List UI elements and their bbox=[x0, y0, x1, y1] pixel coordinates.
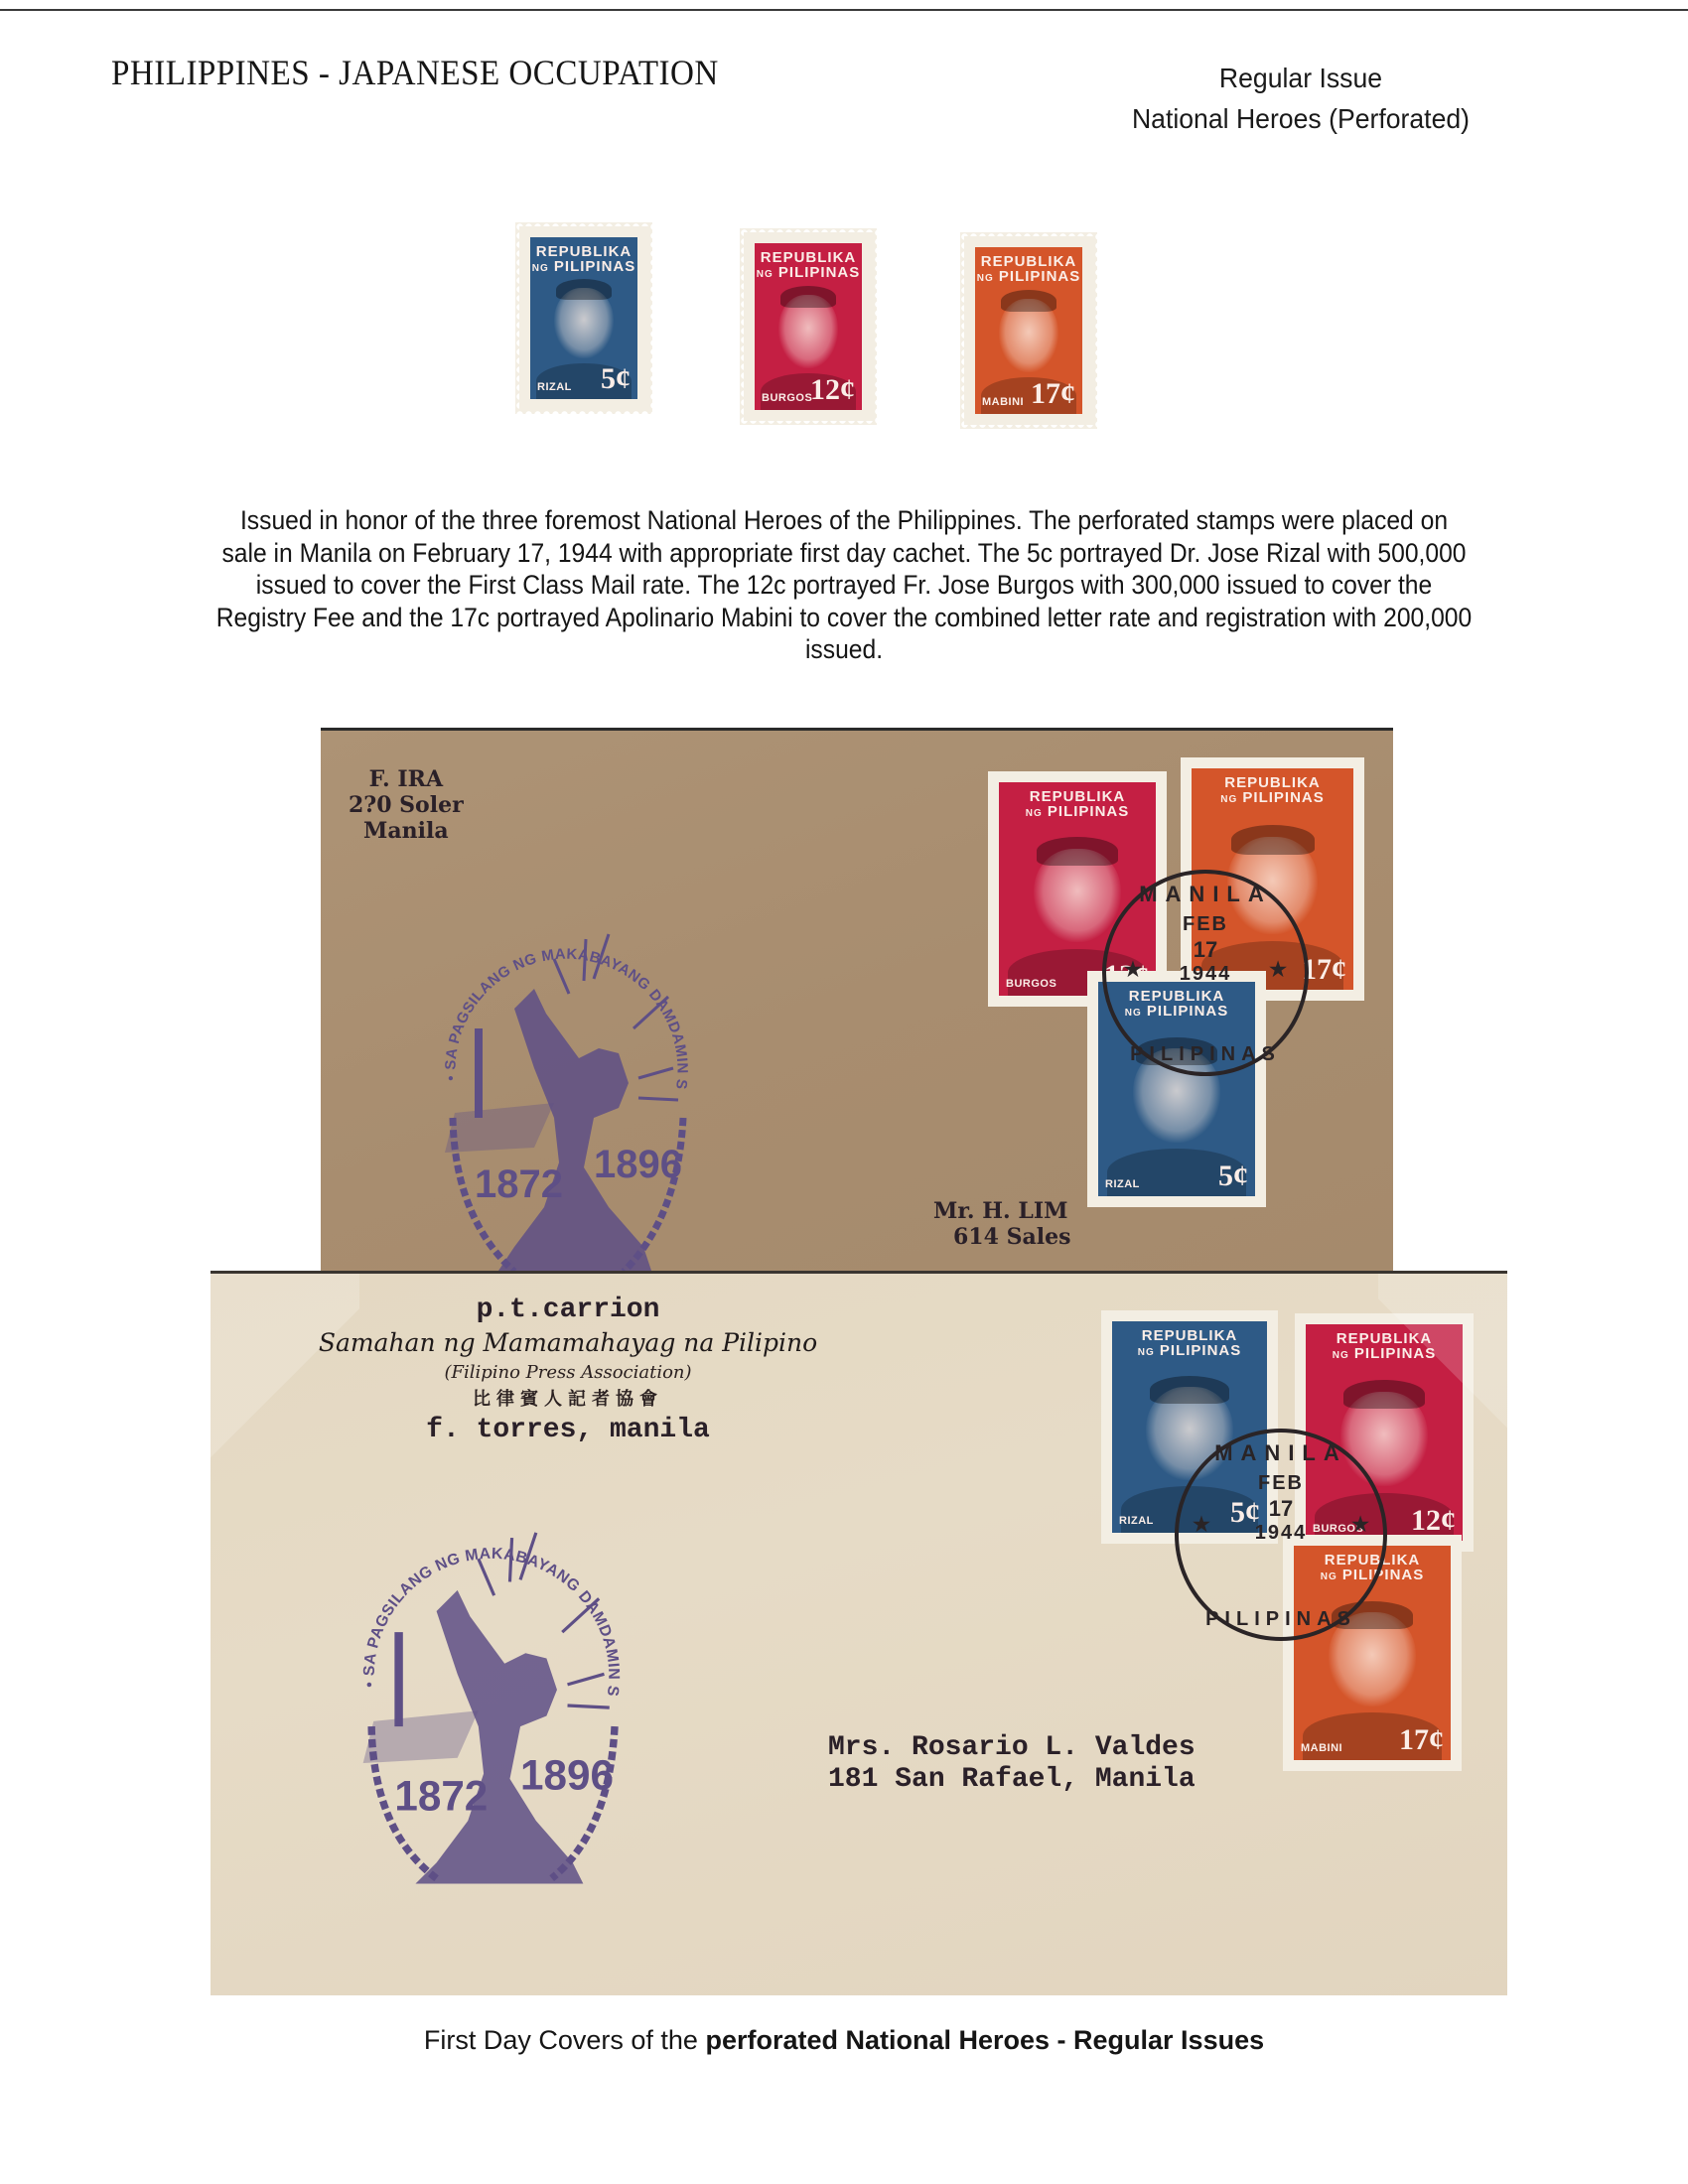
svg-text:1872: 1872 bbox=[475, 1162, 563, 1206]
stamp-hero-name: RIZAL bbox=[1105, 1178, 1140, 1190]
stamp-hero-name: RIZAL bbox=[537, 381, 572, 393]
stamp-country: PILIPINAS bbox=[1160, 1342, 1241, 1359]
recipient-name: Mrs. Rosario L. Valdes bbox=[828, 1732, 1196, 1764]
stamp-denomination: 12¢ bbox=[810, 373, 855, 407]
stamp-ng: NG bbox=[1220, 794, 1237, 805]
postmark-country: PILIPINAS bbox=[1106, 1043, 1305, 1066]
sender-organization-chinese: 比律賓人記者協會 bbox=[211, 1387, 925, 1411]
stamp-denomination: 5¢ bbox=[601, 362, 631, 396]
description-text: Issued in honor of the three foremost Na… bbox=[216, 504, 1473, 666]
stamp-ng: NG bbox=[757, 269, 774, 280]
svg-text:1896: 1896 bbox=[520, 1751, 614, 1798]
stamp-header: REPUBLIKA bbox=[1336, 1330, 1433, 1347]
stamp-country: PILIPINAS bbox=[554, 258, 635, 275]
sender-street: 2?0 Soler bbox=[349, 792, 464, 818]
subtitle-issue: Regular Issue bbox=[1065, 58, 1537, 98]
stamp-country: PILIPINAS bbox=[999, 268, 1080, 285]
portrait-image bbox=[778, 295, 839, 368]
stamp-country: PILIPINAS bbox=[778, 264, 860, 281]
stamp-hero-name: RIZAL bbox=[1119, 1515, 1154, 1527]
postmark-city: MANILA bbox=[1106, 882, 1305, 907]
cachet-stamp: • SA PAGSILANG NG MAKABAYANG DAMDAMIN SA… bbox=[352, 1517, 631, 1894]
star-icon: ★ bbox=[1351, 1512, 1369, 1537]
stamp-denomination: 17¢ bbox=[1031, 377, 1075, 411]
stamp-ng: NG bbox=[532, 263, 549, 274]
first-day-cover-2: p.t.carrion Samahan ng Mamamahayag na Pi… bbox=[211, 1271, 1507, 1995]
stamp-mabini-17c: REPUBLIKANG PILIPINAS MABINI 17¢ bbox=[964, 236, 1093, 425]
cachet-artwork: • SA PAGSILANG NG MAKABAYANG DAMDAMIN SA… bbox=[435, 919, 698, 1277]
page-subtitle: Regular Issue National Heroes (Perforate… bbox=[1065, 58, 1537, 139]
sender-organization: Samahan ng Mamamahayag na Pilipino bbox=[211, 1327, 925, 1359]
figure-caption: First Day Covers of the perforated Natio… bbox=[0, 2025, 1688, 2056]
top-rule bbox=[0, 9, 1688, 11]
stamp-burgos-12c: REPUBLIKANG PILIPINAS BURGOS 12¢ bbox=[744, 232, 873, 421]
cover2-postmark: MANILA FEB 17 1944 PILIPINAS ★ ★ bbox=[1175, 1429, 1387, 1641]
stamp-country: PILIPINAS bbox=[1242, 789, 1324, 806]
svg-text:1872: 1872 bbox=[394, 1773, 488, 1820]
caption-prefix: First Day Covers of the bbox=[424, 2025, 706, 2055]
recipient-address: 181 San Rafael, Manila bbox=[828, 1764, 1196, 1796]
cover2-recipient: Mrs. Rosario L. Valdes 181 San Rafael, M… bbox=[828, 1732, 1196, 1796]
star-icon: ★ bbox=[1193, 1512, 1210, 1537]
star-icon: ★ bbox=[1124, 957, 1142, 982]
sender-name: p.t.carrion bbox=[211, 1294, 925, 1327]
sender-organization-english: (Filipino Press Association) bbox=[211, 1359, 925, 1387]
star-icon: ★ bbox=[1269, 957, 1287, 982]
stamp-ng: NG bbox=[1138, 1347, 1155, 1358]
stamp-country: PILIPINAS bbox=[1354, 1345, 1436, 1362]
stamp-denomination: 17¢ bbox=[1399, 1723, 1444, 1757]
recipient-street: 614 Sales bbox=[933, 1224, 1070, 1250]
stamp-hero-name: MABINI bbox=[982, 396, 1024, 408]
postmark-month: FEB bbox=[1179, 1472, 1383, 1495]
stamp-ng: NG bbox=[977, 273, 994, 284]
stamp-denomination: 12¢ bbox=[1411, 1504, 1456, 1538]
caption-emphasis: perforated National Heroes - Regular Iss… bbox=[705, 2025, 1264, 2055]
stamp-denomination: 5¢ bbox=[1218, 1160, 1248, 1193]
stamp-hero-name: BURGOS bbox=[762, 392, 812, 404]
stamp-hero-name: MABINI bbox=[1301, 1742, 1342, 1754]
sender-city: Manila bbox=[349, 818, 464, 844]
postmark-country: PILIPINAS bbox=[1179, 1608, 1383, 1631]
svg-text:1896: 1896 bbox=[594, 1143, 682, 1186]
cachet-stamp: • SA PAGSILANG NG MAKABAYANG DAMDAMIN SA… bbox=[435, 919, 698, 1277]
portrait-image bbox=[554, 288, 615, 359]
cover2-sender: p.t.carrion Samahan ng Mamamahayag na Pi… bbox=[211, 1294, 925, 1450]
sender-address: f. torres, manila bbox=[211, 1411, 925, 1450]
cover1-sender: F. IRA 2?0 Soler Manila bbox=[349, 766, 464, 844]
cachet-artwork: • SA PAGSILANG NG MAKABAYANG DAMDAMIN SA… bbox=[352, 1517, 631, 1894]
subtitle-series: National Heroes (Perforated) bbox=[1065, 98, 1537, 139]
stamp-ng: NG bbox=[1026, 808, 1043, 819]
postmark-city: MANILA bbox=[1179, 1440, 1383, 1466]
stamp-hero-name: BURGOS bbox=[1006, 978, 1056, 990]
postmark-month: FEB bbox=[1106, 913, 1305, 936]
first-day-cover-1: F. IRA 2?0 Soler Manila • SA PAGSILANG N… bbox=[321, 728, 1393, 1276]
stamp-ng: NG bbox=[1333, 1350, 1349, 1361]
stamp-rizal-5c: REPUBLIKANG PILIPINAS RIZAL 5¢ bbox=[519, 226, 648, 410]
page-title: PHILIPPINES - JAPANESE OCCUPATION bbox=[111, 52, 719, 93]
stamp-country: PILIPINAS bbox=[1048, 803, 1129, 820]
cover1-postmark: MANILA FEB 17 1944 PILIPINAS ★ ★ bbox=[1102, 870, 1309, 1076]
cover1-recipient: Mr. H. LIM 614 Sales bbox=[933, 1198, 1070, 1250]
portrait-image bbox=[999, 299, 1059, 372]
sender-name: F. IRA bbox=[349, 766, 464, 792]
recipient-name: Mr. H. LIM bbox=[933, 1198, 1070, 1224]
